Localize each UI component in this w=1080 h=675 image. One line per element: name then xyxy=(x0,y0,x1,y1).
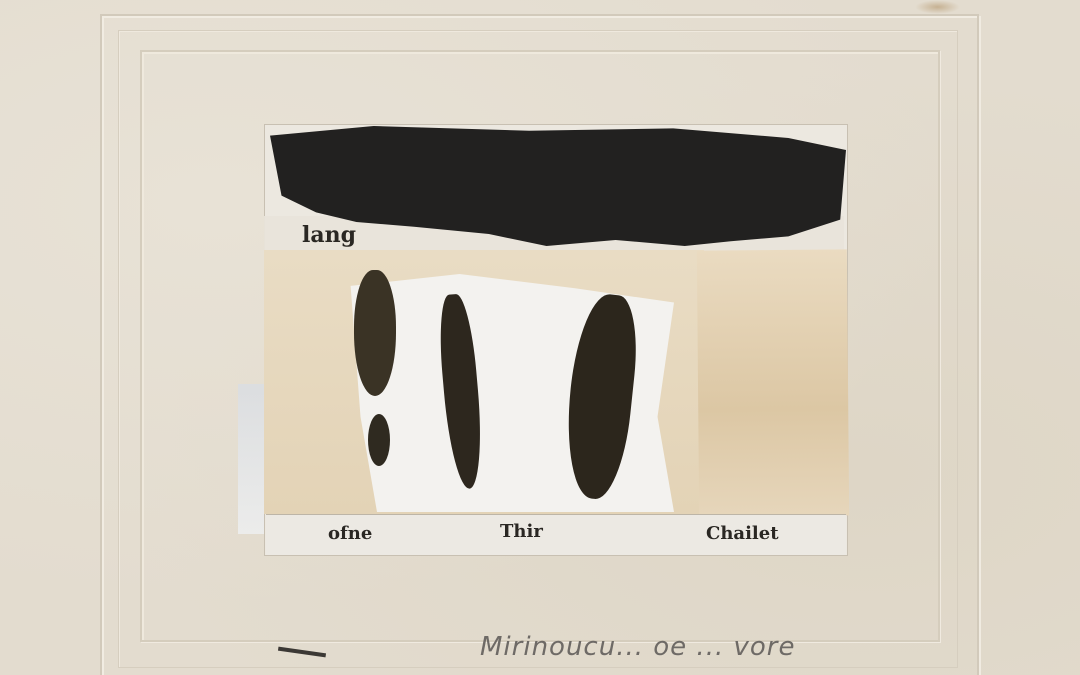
tan-paper-right xyxy=(697,249,849,516)
stain xyxy=(915,0,960,14)
fragment-word-bottom-left: ofne xyxy=(328,523,372,544)
brown-stroke-1 xyxy=(354,270,396,396)
brown-drip xyxy=(368,414,390,466)
collage: lang tnd\pchr ofne Thir Chailet xyxy=(264,124,848,556)
bottom-text-strip: ofne Thir Chailet xyxy=(266,514,846,555)
fragment-word-lang: lang xyxy=(302,222,356,248)
fragment-word-bottom-middle: Thir xyxy=(500,521,543,542)
fragment-word-bottom-right: Chailet xyxy=(706,523,779,544)
artist-signature: Mirinoucu... oe ... vore xyxy=(480,632,795,662)
